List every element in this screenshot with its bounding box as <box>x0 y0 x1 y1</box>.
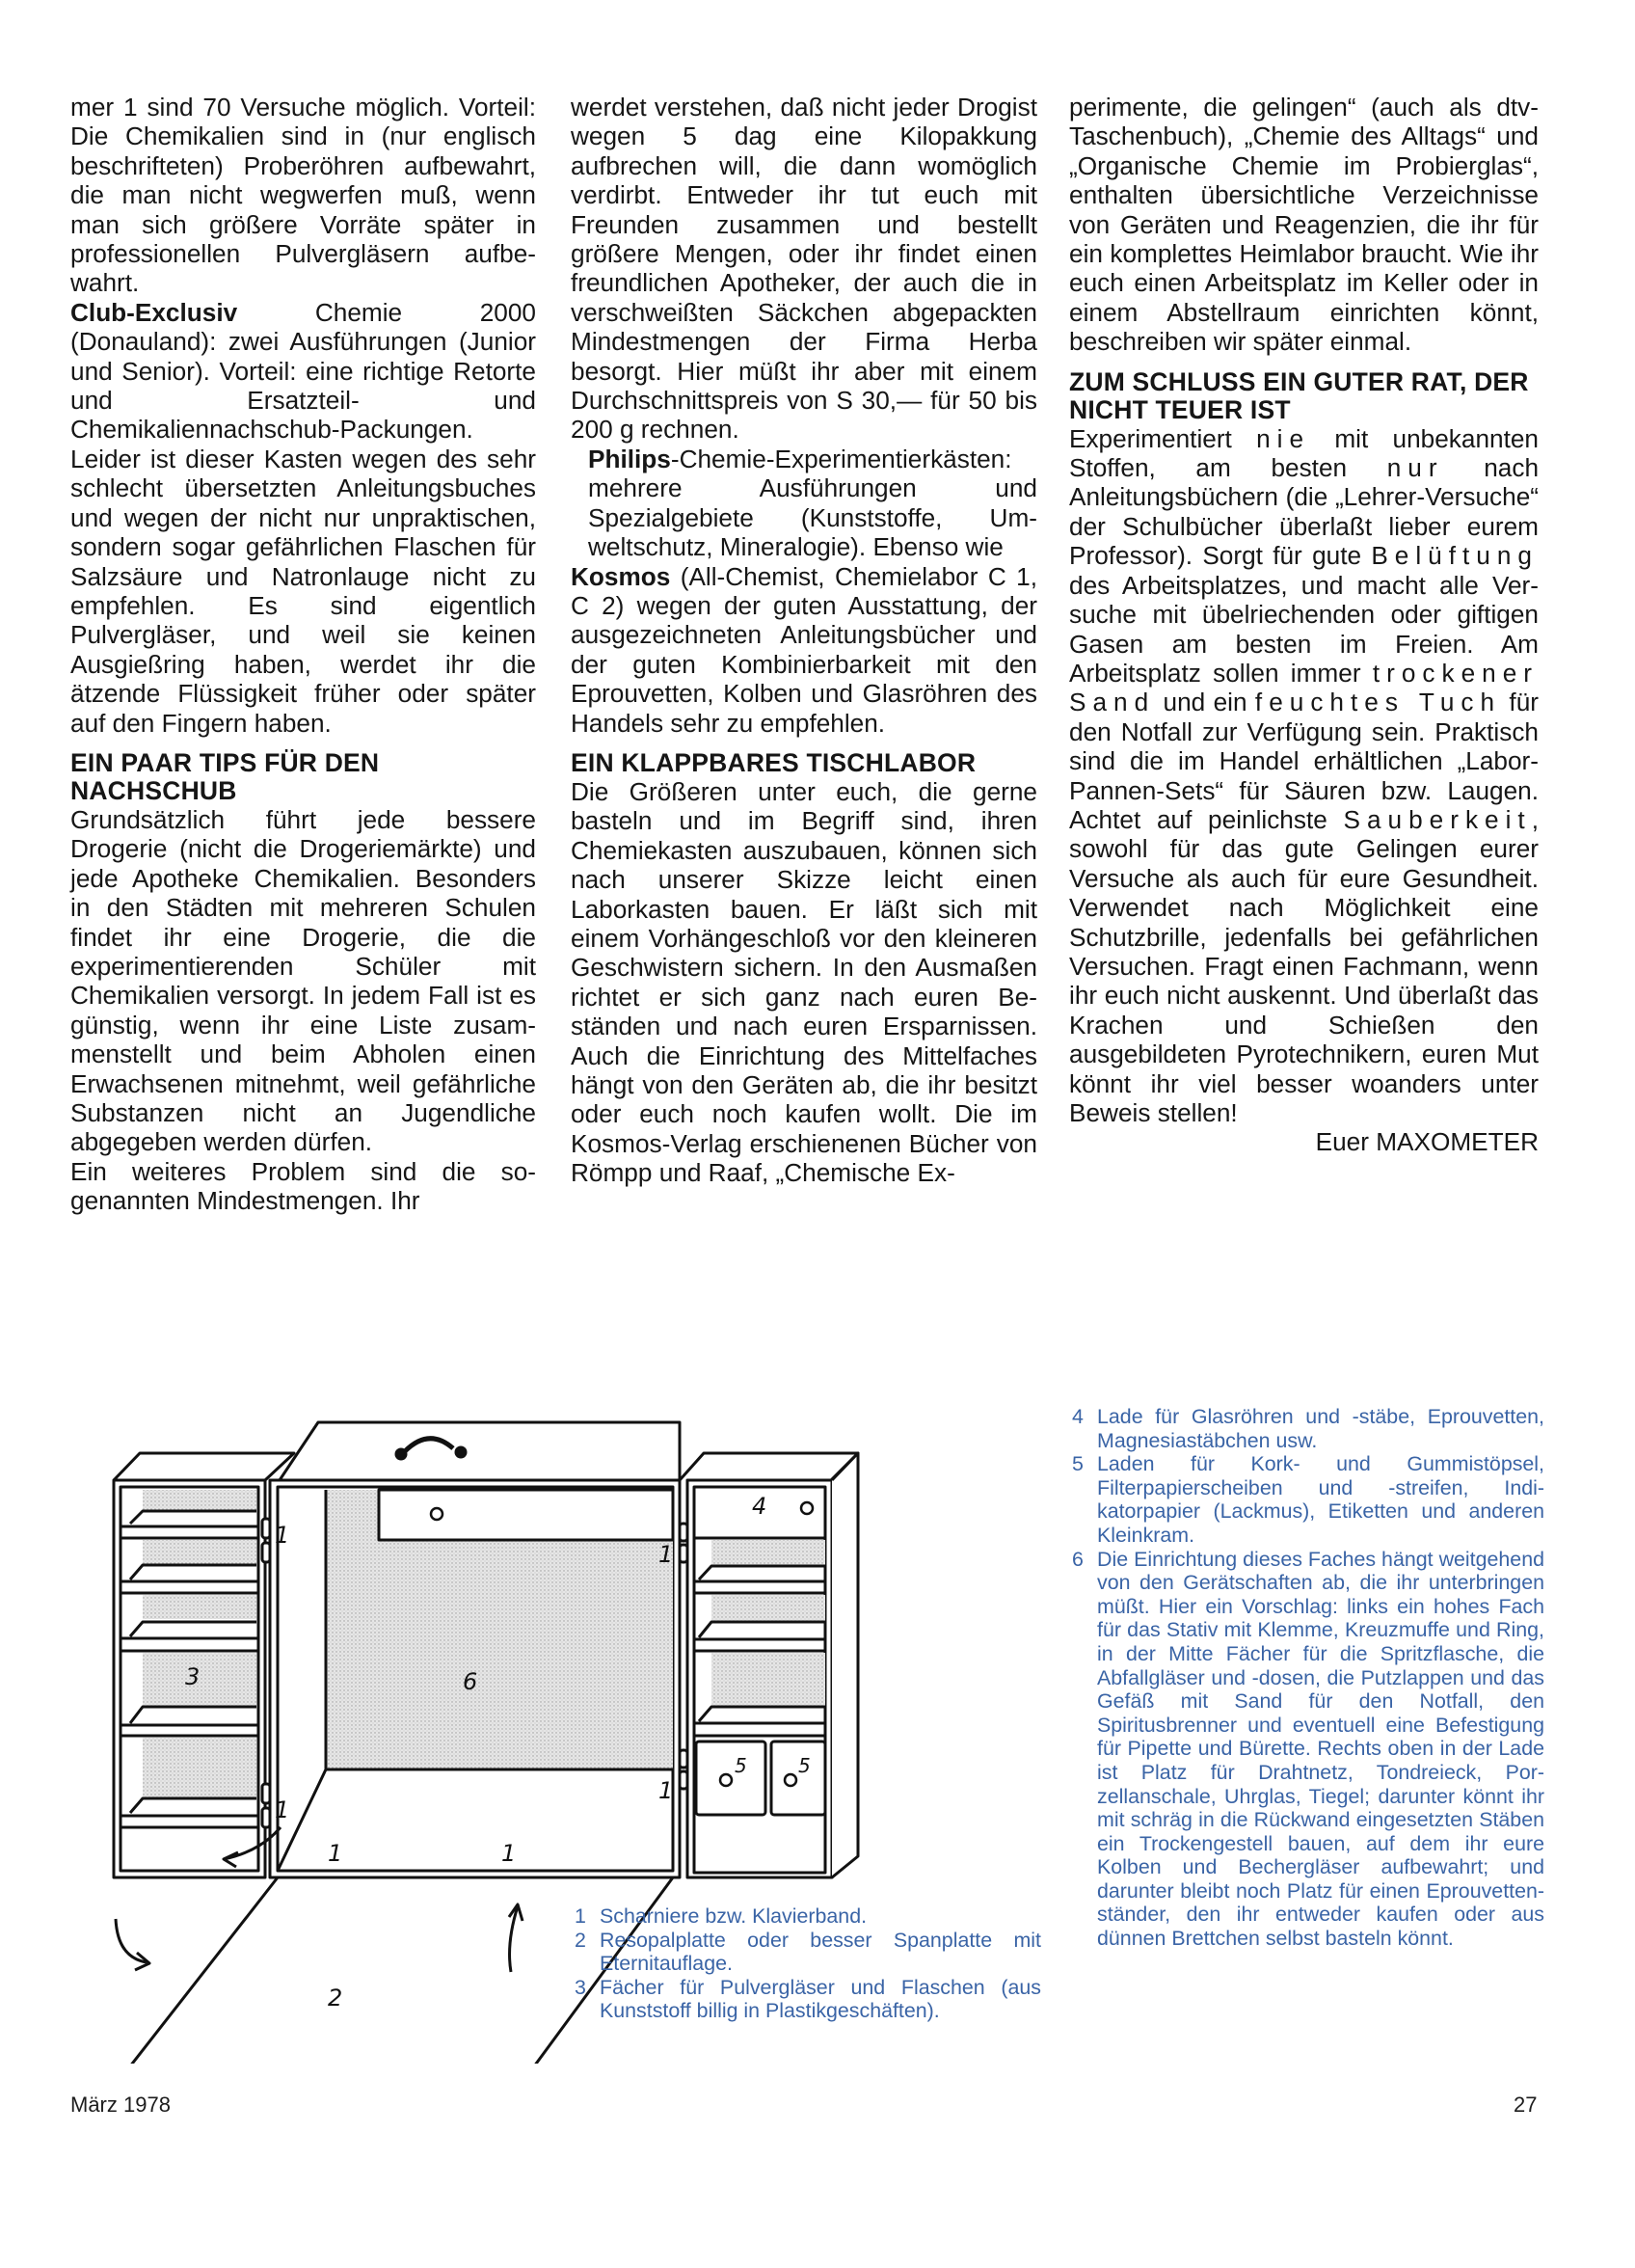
section-heading-tischlabor: EIN KLAPPBARES TISCHLABOR <box>571 749 1037 777</box>
article-column-1: mer 1 sind 70 Versuche möglich. Vorteil:… <box>70 93 536 1216</box>
label-hinge: 1 <box>501 1840 516 1867</box>
paragraph-kosmos: Kosmos (All-Chemist, Chemielabor C 1, C … <box>571 562 1037 738</box>
paragraph: Die Größeren unter euch, die ger­ne bast… <box>571 777 1037 1188</box>
product-name: Philips <box>588 445 671 473</box>
label-hinge: 1 <box>275 1522 289 1549</box>
paragraph-closing-advice: Experimentiert nie mit unbe­kannten Stof… <box>1069 424 1539 1128</box>
issue-date: März 1978 <box>70 2092 171 2118</box>
label-small-drawer: 5 <box>798 1754 811 1777</box>
article-column-2: werdet verstehen, daß nicht jeder Drogis… <box>571 93 1037 1188</box>
label-small-drawer: 5 <box>735 1754 747 1777</box>
product-name: Kosmos <box>571 562 670 591</box>
label-board: 2 <box>328 1984 342 2011</box>
label-hinge: 1 <box>328 1840 342 1867</box>
author-signature: Euer MAXOMETER <box>1069 1127 1539 1156</box>
product-name: Club-Exclusiv <box>70 298 237 327</box>
paragraph: werdet verstehen, daß nicht jeder Drogis… <box>571 93 1037 445</box>
label-hinge: 1 <box>658 1777 673 1804</box>
paragraph-philips: Philips-Chemie-Experimentierkä­sten: meh… <box>571 445 1037 562</box>
label-drawer: 4 <box>752 1493 766 1520</box>
legend-item: 5Laden für Kork- und Gummistöpsel, Filte… <box>1072 1452 1544 1547</box>
label-hinge: 1 <box>658 1541 673 1568</box>
diagram-legend-left: 1Scharniere bzw. Klavierband. 2Resopalpl… <box>575 1904 1041 2023</box>
section-heading-nachschub: EIN PAAR TIPS FÜR DEN NACHSCHUB <box>70 749 536 805</box>
emphasis-spaced: nie <box>1256 424 1310 453</box>
legend-item: 2Resopalplatte oder besser Spanplatte mi… <box>575 1929 1041 1976</box>
legend-item: 3Fächer für Pulvergläser und Flaschen (a… <box>575 1976 1041 2023</box>
label-hinge: 1 <box>275 1796 289 1823</box>
emphasis-spaced: Belüftung <box>1371 541 1539 570</box>
section-heading-schluss: ZUM SCHLUSS EIN GUTER RAT, DER NICHT TEU… <box>1069 368 1539 424</box>
emphasis-spaced: Sauberkeit <box>1344 805 1532 834</box>
label-shelves: 3 <box>185 1663 200 1690</box>
emphasis-spaced: feuchtes Tuch <box>1255 688 1501 716</box>
paragraph: Grundsätzlich führt jede bessere Drogeri… <box>70 805 536 1157</box>
paragraph-club-exclusiv: Club-Exclusiv Chemie 2000 (Donauland): z… <box>70 298 536 738</box>
diagram-legend-right: 4Lade für Glasröhren und -stäbe, Eprou­v… <box>1072 1405 1544 1951</box>
paragraph: Ein weiteres Problem sind die so­genannt… <box>70 1157 536 1216</box>
paragraph: perimente, die gelingen“ (auch als dtv-T… <box>1069 93 1539 357</box>
paragraph: mer 1 sind 70 Versuche möglich. Vorteil:… <box>70 93 536 298</box>
legend-item: 1Scharniere bzw. Klavierband. <box>575 1904 1041 1929</box>
legend-item: 4Lade für Glasröhren und -stäbe, Eprou­v… <box>1072 1405 1544 1452</box>
article-column-3: perimente, die gelingen“ (auch als dtv-T… <box>1069 93 1539 1157</box>
page-number: 27 <box>1514 2092 1537 2118</box>
emphasis-spaced: nur <box>1387 453 1444 482</box>
legend-item: 6Die Einrichtung dieses Faches hängt wei… <box>1072 1548 1544 1951</box>
label-center-compartment: 6 <box>463 1668 477 1695</box>
